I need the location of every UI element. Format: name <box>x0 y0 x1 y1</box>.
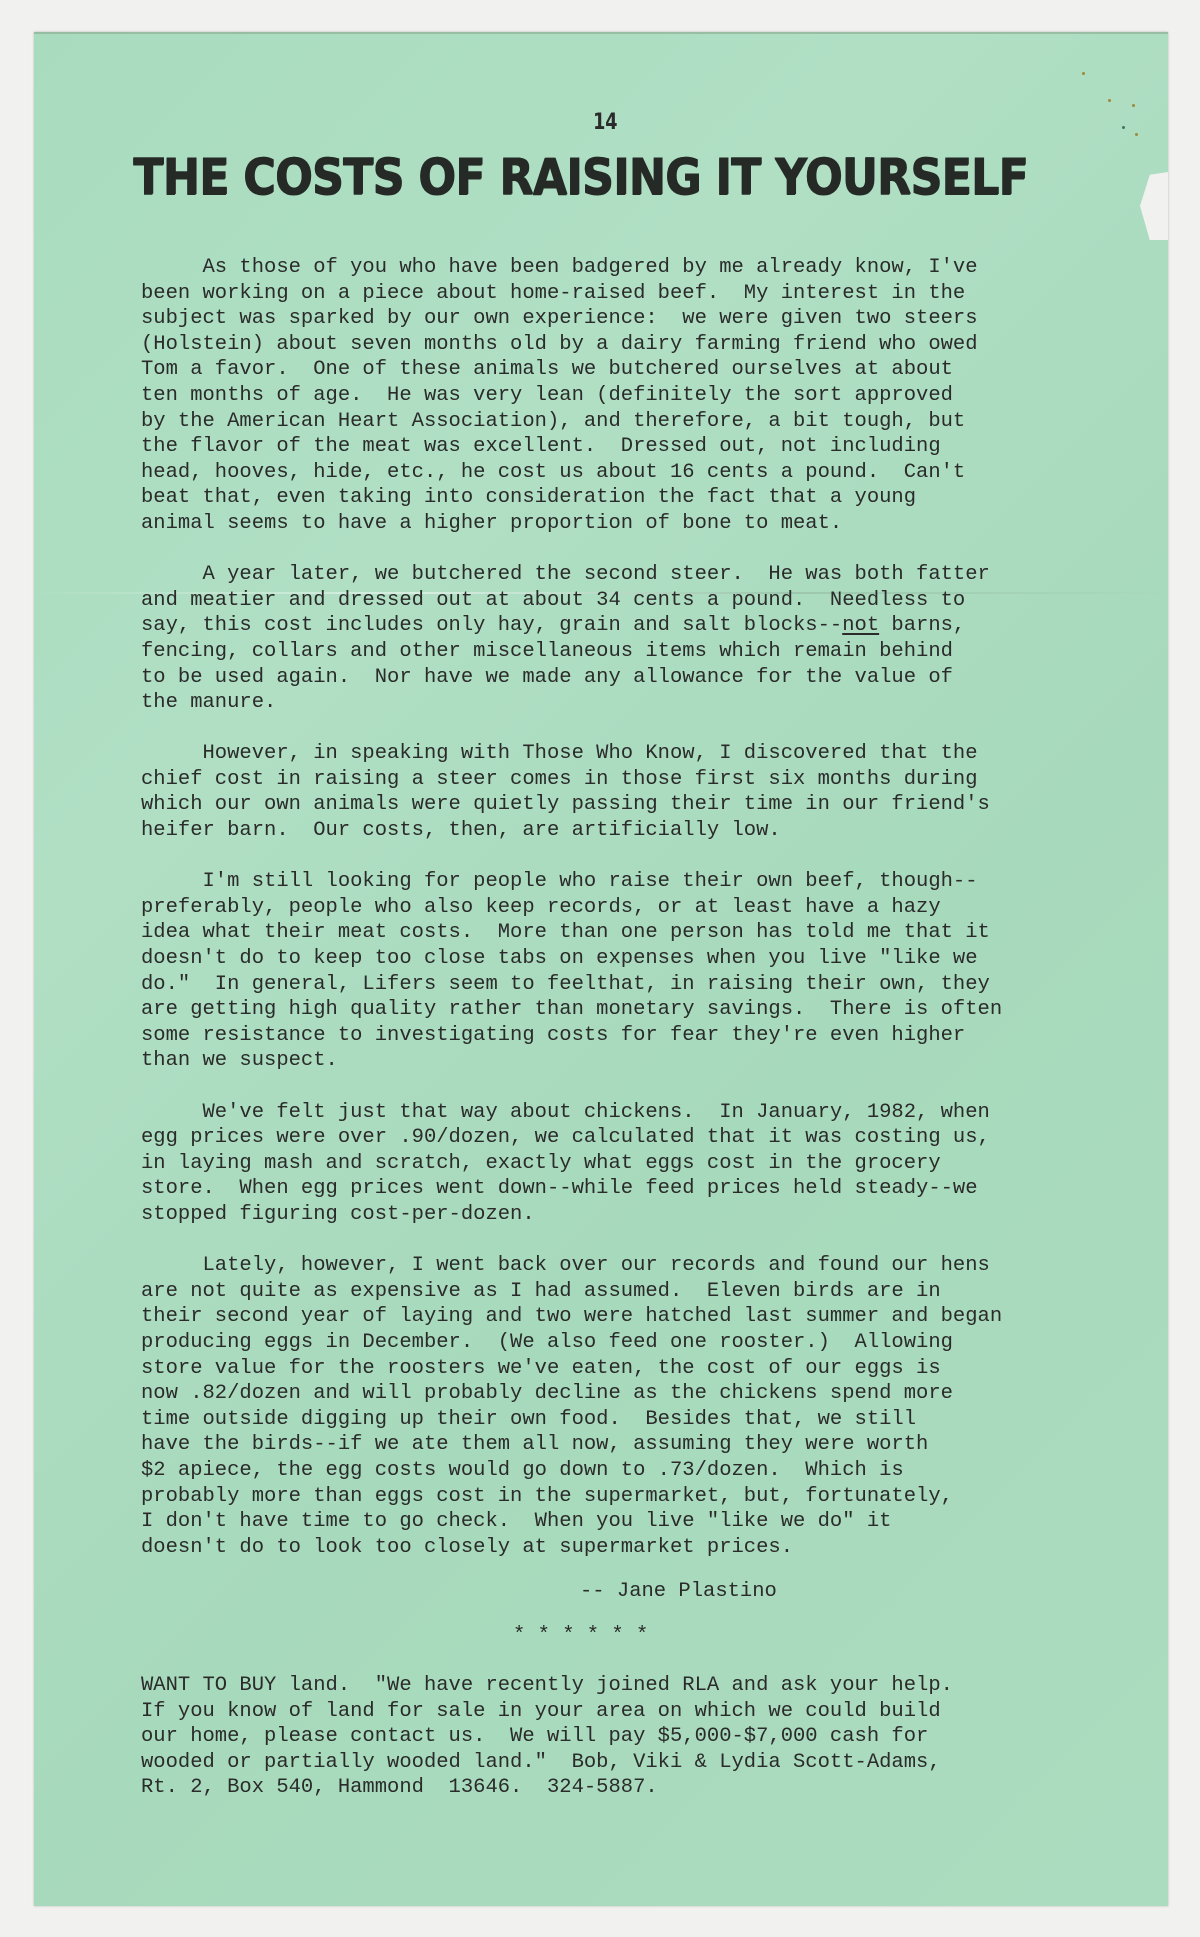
paragraph-4: I'm still looking for people who raise t… <box>141 869 1101 1074</box>
text-line: by the American Heart Association), and … <box>141 409 1101 435</box>
text-line: in laying mash and scratch, exactly what… <box>141 1151 1101 1177</box>
text-line: have the birds--if we ate them all now, … <box>141 1432 1101 1458</box>
text-fragment: say, this cost includes only hay, grain … <box>141 614 842 637</box>
text-line: are getting high quality rather than mon… <box>141 997 1101 1023</box>
ad-line: our home, please contact us. We will pay… <box>141 1724 1101 1750</box>
text-line: heifer barn. Our costs, then, are artifi… <box>141 818 1101 844</box>
text-line: However, in speaking with Those Who Know… <box>141 741 1101 767</box>
text-line: fencing, collars and other miscellaneous… <box>141 639 1101 665</box>
paragraph-5: We've felt just that way about chickens.… <box>141 1100 1101 1228</box>
paragraph-3: However, in speaking with Those Who Know… <box>141 741 1101 843</box>
speck <box>1122 126 1125 129</box>
text-line: stopped figuring cost-per-dozen. <box>141 1202 1101 1228</box>
text-line: and meatier and dressed out at about 34 … <box>141 588 1101 614</box>
text-line: Lately, however, I went back over our re… <box>141 1253 1101 1279</box>
text-line: As those of you who have been badgered b… <box>141 255 1101 281</box>
text-line: animal seems to have a higher proportion… <box>141 511 1101 537</box>
text-line: subject was sparked by our own experienc… <box>141 306 1101 332</box>
paragraph-1: As those of you who have been badgered b… <box>141 255 1101 537</box>
text-line: $2 apiece, the egg costs would go down t… <box>141 1458 1101 1484</box>
text-line: been working on a piece about home-raise… <box>141 281 1101 307</box>
speck <box>1132 104 1135 107</box>
text-line: time outside digging up their own food. … <box>141 1407 1101 1433</box>
speck <box>1135 133 1138 136</box>
section-separator: * * * * * * <box>513 1624 648 1647</box>
text-line: do." In general, Lifers seem to feelthat… <box>141 972 1101 998</box>
text-line: are not quite as expensive as I had assu… <box>141 1279 1101 1305</box>
ad-line: Rt. 2, Box 540, Hammond 13646. 324-5887. <box>141 1775 1101 1801</box>
speck <box>1082 72 1085 75</box>
text-line: the manure. <box>141 690 1101 716</box>
article-body: As those of you who have been badgered b… <box>141 255 1101 1586</box>
text-line: to be used again. Nor have we made any a… <box>141 665 1101 691</box>
torn-edge <box>1140 172 1168 240</box>
text-line: some resistance to investigating costs f… <box>141 1023 1101 1049</box>
ad-line: WANT TO BUY land. "We have recently join… <box>141 1673 1101 1699</box>
text-line: chief cost in raising a steer comes in t… <box>141 767 1101 793</box>
underlined-emphasis: not <box>842 614 879 637</box>
text-line: We've felt just that way about chickens.… <box>141 1100 1101 1126</box>
page-number: 14 <box>593 110 618 135</box>
text-line: preferably, people who also keep records… <box>141 895 1101 921</box>
article-title: THE COSTS OF RAISING IT YOURSELF <box>133 148 970 206</box>
text-line: A year later, we butchered the second st… <box>141 562 1101 588</box>
speck <box>1108 99 1111 102</box>
ad-line: If you know of land for sale in your are… <box>141 1699 1101 1725</box>
text-line: doesn't do to look too closely at superm… <box>141 1535 1101 1561</box>
text-line: head, hooves, hide, etc., he cost us abo… <box>141 460 1101 486</box>
text-line: (Holstein) about seven months old by a d… <box>141 332 1101 358</box>
text-line: beat that, even taking into consideratio… <box>141 485 1101 511</box>
text-line: which our own animals were quietly passi… <box>141 792 1101 818</box>
text-line: store value for the roosters we've eaten… <box>141 1356 1101 1382</box>
text-line: store. When egg prices went down--while … <box>141 1176 1101 1202</box>
text-line: Tom a favor. One of these animals we but… <box>141 357 1101 383</box>
text-line: now .82/dozen and will probably decline … <box>141 1381 1101 1407</box>
text-fragment: barns, <box>879 614 965 637</box>
text-line: I don't have time to go check. When you … <box>141 1509 1101 1535</box>
text-line-with-emphasis: say, this cost includes only hay, grain … <box>141 613 1101 639</box>
classified-ad: WANT TO BUY land. "We have recently join… <box>141 1673 1101 1801</box>
text-line: idea what their meat costs. More than on… <box>141 920 1101 946</box>
text-line: probably more than eggs cost in the supe… <box>141 1484 1101 1510</box>
paragraph-6: Lately, however, I went back over our re… <box>141 1253 1101 1560</box>
text-line: egg prices were over .90/dozen, we calcu… <box>141 1125 1101 1151</box>
text-line: their second year of laying and two were… <box>141 1304 1101 1330</box>
ad-line: wooded or partially wooded land." Bob, V… <box>141 1750 1101 1776</box>
text-line: producing eggs in December. (We also fee… <box>141 1330 1101 1356</box>
text-line: doesn't do to keep too close tabs on exp… <box>141 946 1101 972</box>
text-line: ten months of age. He was very lean (def… <box>141 383 1101 409</box>
text-line: than we suspect. <box>141 1048 1101 1074</box>
author-signature: -- Jane Plastino <box>580 1580 777 1603</box>
text-line: I'm still looking for people who raise t… <box>141 869 1101 895</box>
paragraph-2: A year later, we butchered the second st… <box>141 562 1101 716</box>
text-line: the flavor of the meat was excellent. Dr… <box>141 434 1101 460</box>
